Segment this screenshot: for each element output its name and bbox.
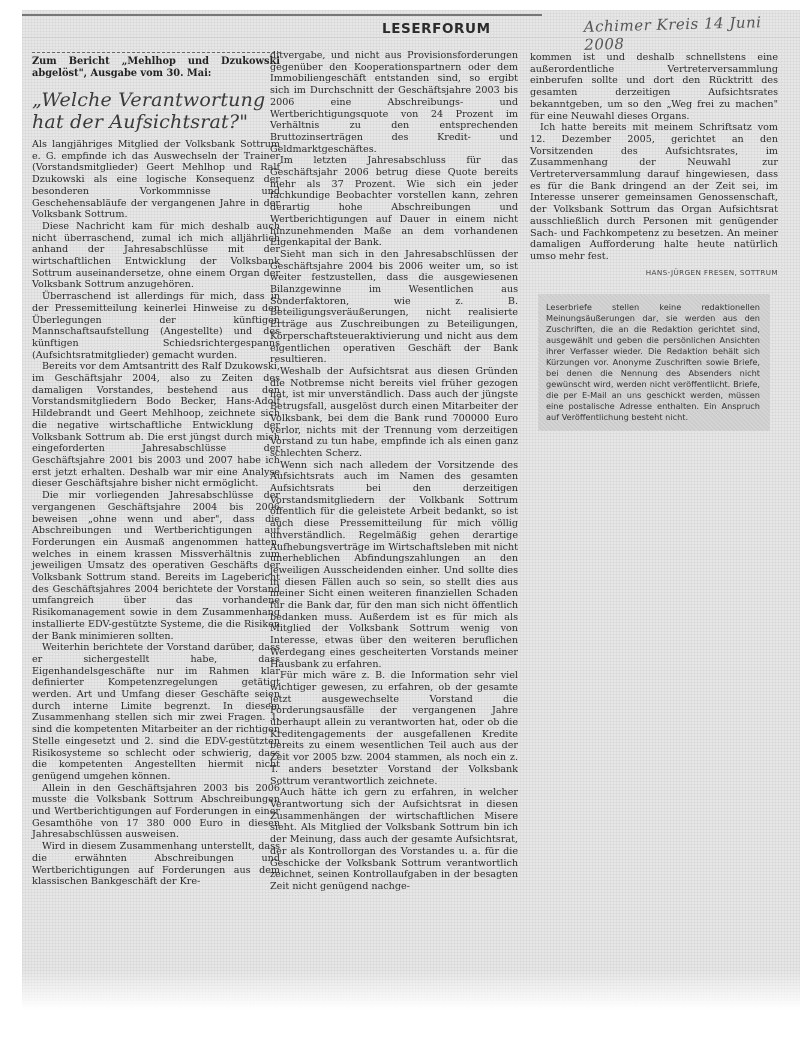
paragraph: Im letzten Jahresabschluss für das Gesch… bbox=[270, 155, 518, 249]
handwritten-note: Achimer Kreis 14 Juni 2008 bbox=[584, 12, 800, 54]
paragraph: Als langjähriges Mitglied der Volksbank … bbox=[32, 139, 280, 221]
article-reference: Zum Bericht „Mehlhop und Dzukowski abgel… bbox=[32, 52, 280, 80]
newspaper-clipping: LESERFORUM Achimer Kreis 14 Juni 2008 Zu… bbox=[22, 10, 800, 1010]
header-rule bbox=[22, 14, 542, 16]
paragraph: Überraschend ist allerdings für mich, da… bbox=[32, 291, 280, 361]
paragraph: Bereits vor dem Amtsantritt des Ralf Dzu… bbox=[32, 361, 280, 490]
paragraph: Auch hätte ich gern zu erfahren, in welc… bbox=[270, 787, 518, 892]
editorial-disclaimer-box: Leserbriefe stellen keine redaktionellen… bbox=[538, 294, 770, 431]
paragraph: Für mich wäre z. B. die Information sehr… bbox=[270, 670, 518, 787]
paragraph: Die mir vorliegenden Jahresabschlüsse de… bbox=[32, 490, 280, 642]
paragraph: Allein in den Geschäftsjahren 2003 bis 2… bbox=[32, 783, 280, 842]
article-column-1: Zum Bericht „Mehlhop und Dzukowski abgel… bbox=[32, 50, 280, 888]
paragraph: kommen ist und deshalb schnellstens eine… bbox=[530, 52, 778, 122]
paragraph: Weiterhin berichtete der Vorstand darübe… bbox=[32, 642, 280, 782]
paragraph: ditvergabe, und nicht aus Provisionsford… bbox=[270, 50, 518, 155]
article-headline: „Welche Verantwortung hat der Aufsichtsr… bbox=[32, 89, 280, 133]
section-title: LESERFORUM bbox=[382, 21, 491, 37]
author-signature: HANS-JÜRGEN FRESEN, SOTTRUM bbox=[530, 267, 778, 279]
paragraph: Sieht man sich in den Jahresabschlüssen … bbox=[270, 249, 518, 366]
paragraph: Diese Nachricht kam für mich deshalb auc… bbox=[32, 221, 280, 291]
paragraph: Weshalb der Aufsichtsrat aus diesen Grün… bbox=[270, 366, 518, 460]
article-column-3: kommen ist und deshalb schnellstens eine… bbox=[530, 52, 778, 431]
paragraph: Wird in diesem Zusammenhang unterstellt,… bbox=[32, 841, 280, 888]
paragraph: Ich hatte bereits mit meinem Schriftsatz… bbox=[530, 122, 778, 262]
paragraph: Wenn sich nach alledem der Vorsitzende d… bbox=[270, 460, 518, 671]
page-fade bbox=[22, 970, 800, 1010]
article-column-2: ditvergabe, und nicht aus Provisionsford… bbox=[270, 50, 518, 893]
